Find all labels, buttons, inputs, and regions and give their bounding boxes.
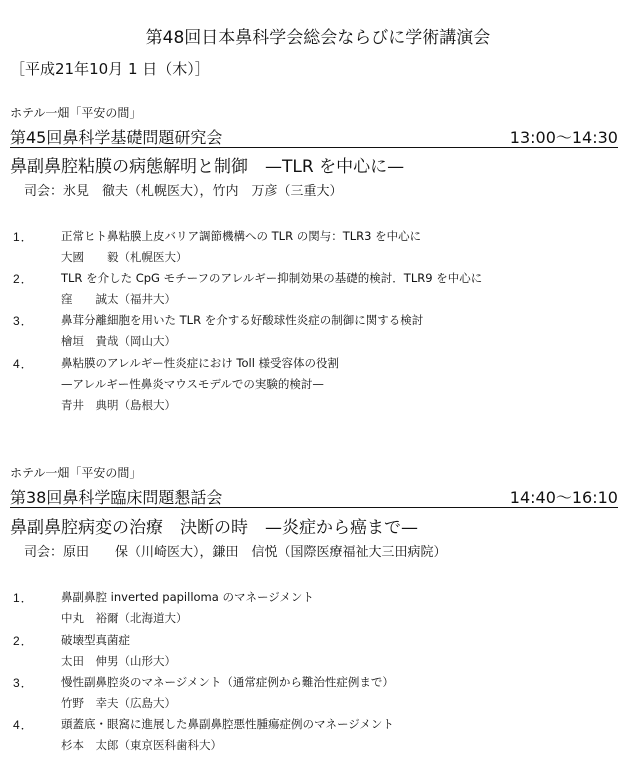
talk-title: 鼻粘膜のアレルギー性炎症におけ Toll 様受容体の役割 [61, 355, 339, 371]
session-theme: 鼻副鼻腔粘膜の病態解明と制御 —TLR を中心に— [10, 152, 404, 177]
talk-number: 4． [13, 716, 34, 733]
talk-presenter: 大國 毅（札幌医大） [61, 249, 188, 265]
talk-presenter: 青井 典明（島根大） [61, 397, 176, 413]
session-chairs: 司会：氷見 徹夫（札幌医大），竹内 万彦（三重大） [24, 180, 343, 199]
session-header: 第38回鼻科学臨床問題懇話会 14:40〜16:10 [10, 485, 618, 508]
session-chairs: 司会：原田 保（川崎医大），鎌田 信悦（国際医療福祉大三田病院） [24, 541, 447, 560]
talk-number: 1． [13, 228, 34, 245]
session-theme: 鼻副鼻腔病変の治療 決断の時 —炎症から癌まで— [10, 513, 418, 538]
session-time: 13:00〜14:30 [510, 125, 618, 148]
talk-presenter: 竹野 幸夫（広島大） [61, 695, 176, 711]
document-title: 第48回日本鼻科学会総会ならびに学術講演会 [0, 23, 636, 48]
talk-number: 4． [13, 355, 34, 372]
talk-title: TLR を介した CpG モチーフのアレルギー抑制効果の基礎的検討．TLR9 を… [61, 270, 482, 286]
talk-number: 2． [13, 270, 34, 287]
talk-number: 2． [13, 632, 34, 649]
talk-title: 慢性副鼻腔炎のマネージメント（通常症例から難治性症例まで） [61, 674, 394, 690]
talk-title: 正常ヒト鼻粘膜上皮バリア調節機構への TLR の関与：TLR3 を中心に [61, 228, 421, 244]
session-header: 第45回鼻科学基礎問題研究会 13:00〜14:30 [10, 125, 618, 148]
talk-presenter: 窪 誠太（福井大） [61, 291, 176, 307]
event-date: ［平成21年10月 1 日（木）］ [10, 58, 210, 79]
talk-presenter: 杉本 太郎（東京医科歯科大） [61, 737, 222, 753]
talk-number: 1． [13, 589, 34, 606]
talk-presenter: 檜垣 貴哉（岡山大） [61, 333, 176, 349]
session-venue: ホテル一畑「平安の間」 [10, 104, 141, 121]
session-name: 第45回鼻科学基礎問題研究会 [10, 125, 222, 148]
talk-title: 鼻副鼻腔 inverted papilloma のマネージメント [61, 589, 314, 605]
talk-title: 頭蓋底・眼窩に進展した鼻副鼻腔悪性腫瘍症例のマネージメント [61, 716, 394, 732]
talk-presenter: 中丸 裕爾（北海道大） [61, 610, 188, 626]
talk-number: 3． [13, 674, 34, 691]
talk-presenter: 太田 伸男（山形大） [61, 653, 176, 669]
talk-number: 3． [13, 312, 34, 329]
talk-subtitle: —アレルギー性鼻炎マウスモデルでの実験的検討— [61, 376, 324, 392]
session-time: 14:40〜16:10 [510, 485, 618, 508]
talk-title: 破壊型真菌症 [61, 632, 130, 648]
session-name: 第38回鼻科学臨床問題懇話会 [10, 485, 222, 508]
session-venue: ホテル一畑「平安の間」 [10, 464, 141, 481]
talk-title: 鼻茸分離細胞を用いた TLR を介する好酸球性炎症の制御に関する検討 [61, 312, 423, 328]
